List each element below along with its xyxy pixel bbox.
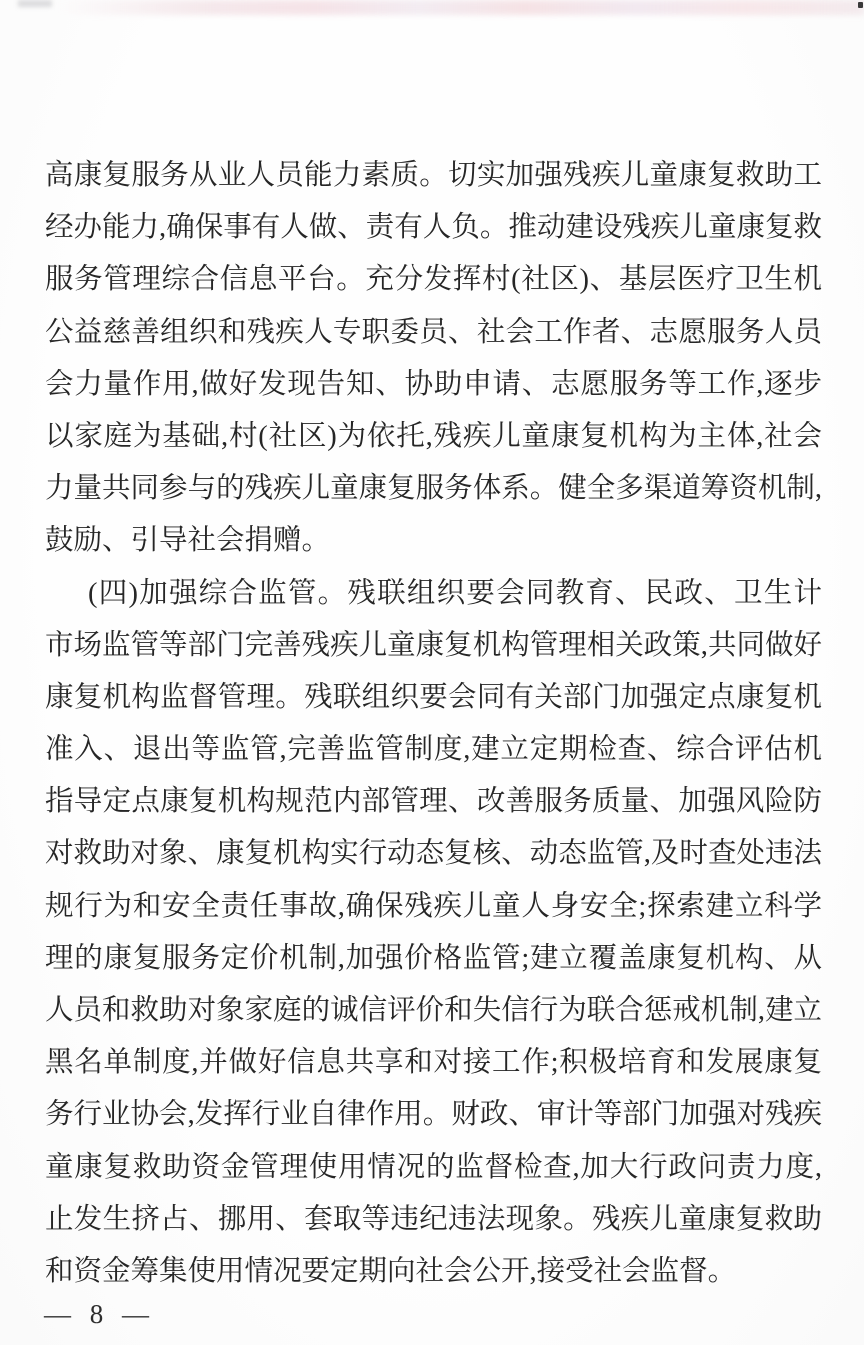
text-line: 黑名单制度,并做好信息共享和对接工作;积极培育和发展康复服	[45, 1037, 822, 1089]
text-line: 务行业协会,发挥行业自律作用。财政、审计等部门加强对残疾儿	[45, 1089, 822, 1141]
text-line: 童康复救助资金管理使用情况的监督检查,加大行政问责力度,防	[45, 1142, 822, 1194]
text-line: 鼓励、引导社会捐赠。	[45, 515, 822, 567]
scan-artifact-top-right-speck	[858, 2, 863, 8]
text-line: 止发生挤占、挪用、套取等违纪违法现象。残疾儿童康复救助实施	[45, 1194, 822, 1246]
text-line: 公益慈善组织和残疾人专职委员、社会工作者、志愿服务人员等社	[45, 307, 822, 359]
text-line: 康复机构监督管理。残联组织要会同有关部门加强定点康复机构	[45, 672, 822, 724]
page-number: — 8 —	[44, 1294, 155, 1334]
text-line: 以家庭为基础,村(社区)为依托,残疾儿童康复机构为主体,社会	[45, 411, 822, 463]
scan-artifact-top-left	[18, 0, 52, 7]
text-line: 人员和救助对象家庭的诚信评价和失信行为联合惩戒机制,建立	[45, 985, 822, 1037]
text-line: 理的康复服务定价机制,加强价格监管;建立覆盖康复机构、从业	[45, 933, 822, 985]
text-line: 对救助对象、康复机构实行动态复核、动态监管,及时查处违法违	[45, 828, 822, 880]
paragraph: 高康复服务从业人员能力素质。切实加强残疾儿童康复救助工作 经办能力,确保事有人做…	[45, 150, 822, 568]
text-line: 规行为和安全责任事故,确保残疾儿童人身安全;探索建立科学合	[45, 881, 822, 933]
text-line: (四)加强综合监管。残联组织要会同教育、民政、卫生计生、	[45, 568, 822, 620]
text-line: 指导定点康复机构规范内部管理、改善服务质量、加强风险防控,	[45, 776, 822, 828]
text-line: 市场监管等部门完善残疾儿童康复机构管理相关政策,共同做好	[45, 620, 822, 672]
paragraph-section-4: (四)加强综合监管。残联组织要会同教育、民政、卫生计生、 市场监管等部门完善残疾…	[45, 568, 822, 1299]
text-line: 高康复服务从业人员能力素质。切实加强残疾儿童康复救助工作	[45, 150, 822, 202]
scanned-document-page: 高康复服务从业人员能力素质。切实加强残疾儿童康复救助工作 经办能力,确保事有人做…	[0, 0, 864, 1345]
text-line: 经办能力,确保事有人做、责有人负。推动建设残疾儿童康复救助	[45, 202, 822, 254]
text-line: 会力量作用,做好发现告知、协助申请、志愿服务等工作,逐步建立	[45, 359, 822, 411]
document-body-text: 高康复服务从业人员能力素质。切实加强残疾儿童康复救助工作 经办能力,确保事有人做…	[45, 150, 822, 1298]
text-line: 力量共同参与的残疾儿童康复服务体系。健全多渠道筹资机制,	[45, 463, 822, 515]
text-line: 和资金筹集使用情况要定期向社会公开,接受社会监督。	[45, 1246, 822, 1298]
scan-artifact-top-band	[55, 0, 864, 15]
text-line: 准入、退出等监管,完善监管制度,建立定期检查、综合评估机制,	[45, 724, 822, 776]
text-line: 服务管理综合信息平台。充分发挥村(社区)、基层医疗卫生机构、	[45, 254, 822, 306]
